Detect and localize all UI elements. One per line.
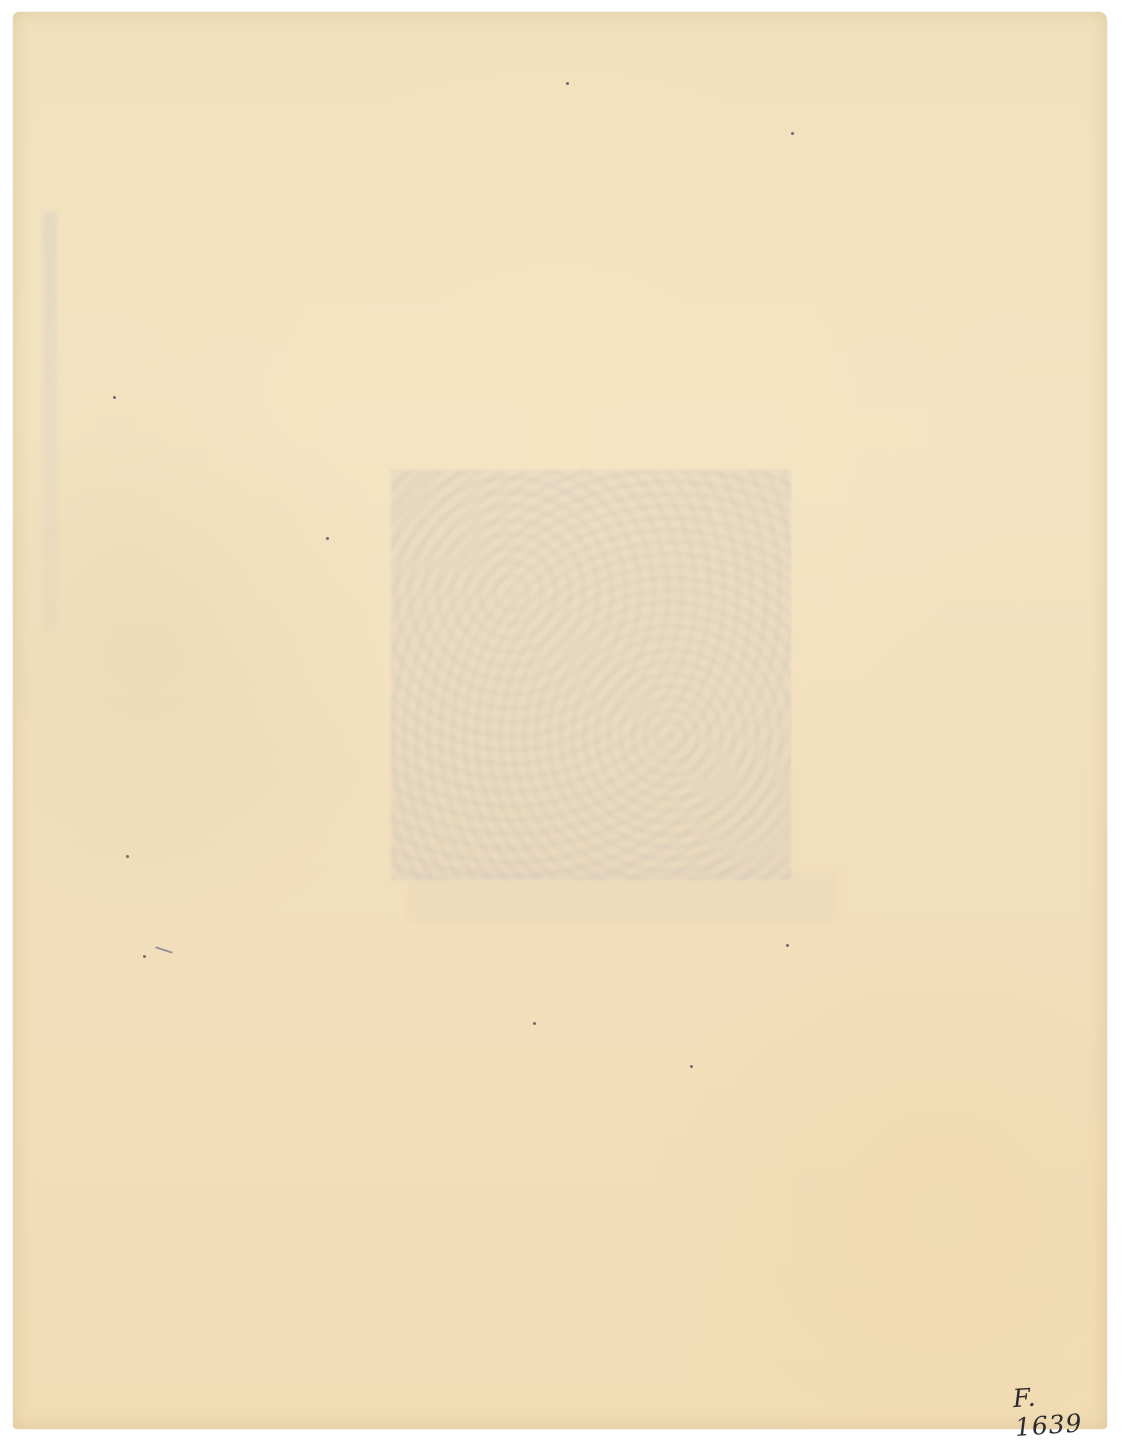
showthrough-lower-margin: [408, 872, 838, 922]
speck: [791, 132, 794, 135]
showthrough-image-impression: [391, 470, 791, 880]
speck: [690, 1065, 693, 1068]
paper-sheet: F. 1639: [13, 12, 1107, 1429]
speck: [126, 855, 129, 858]
speck: [533, 1022, 536, 1025]
speck: [786, 944, 789, 947]
speck: [143, 955, 146, 958]
speck: [326, 537, 329, 540]
speck: [113, 396, 116, 399]
speck: [566, 82, 569, 85]
accession-number: F. 1639: [1012, 1378, 1107, 1442]
edge-stain: [43, 212, 57, 632]
pencil-mark: [155, 946, 173, 953]
